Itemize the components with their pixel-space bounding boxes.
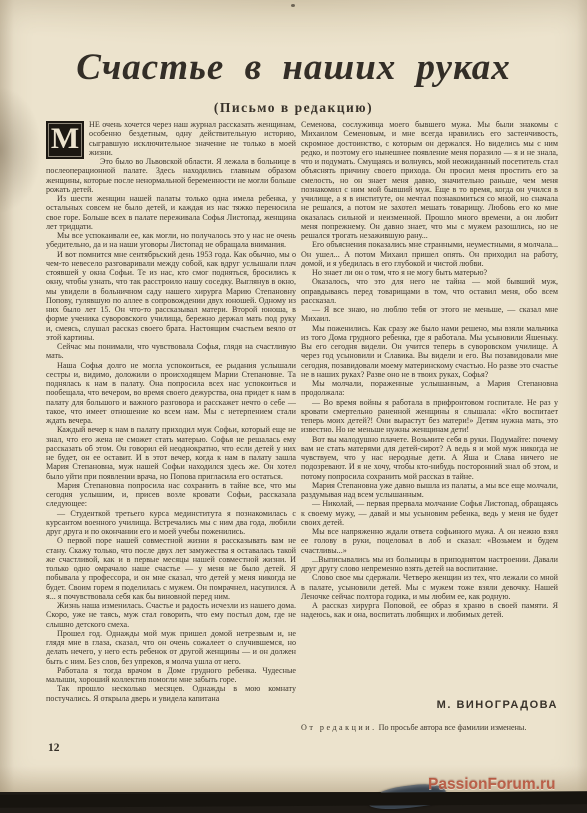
- magazine-page: Счастье в наших руках (Письмо в редакцию…: [0, 0, 587, 792]
- paragraph: Его объяснения показались мне странными,…: [301, 240, 558, 268]
- paragraph: А рассказ хирурга Поповой, ее образ я хр…: [301, 601, 558, 620]
- editorial-note-label: От редакции.: [301, 723, 377, 732]
- page-number: 12: [48, 742, 60, 754]
- paragraph: Прошел год. Однажды мой муж пришел домой…: [46, 629, 296, 666]
- paragraph: О первой поре нашей совместной жизни я р…: [46, 536, 296, 601]
- author-signature: М. ВИНОГРАДОВА: [301, 699, 558, 711]
- watermark-text: PassionForum.ru: [428, 776, 555, 794]
- paragraph: Сейчас мы понимали, что чувствовала Софь…: [46, 342, 296, 361]
- paragraph: — Студенткой третьего курса мединститута…: [46, 509, 296, 537]
- paragraph: ...Выписывались мы из больницы в приподн…: [301, 555, 558, 574]
- paragraph: Мы молчали, пораженные услышанным, а Мар…: [301, 379, 558, 398]
- article-subtitle: (Письмо в редакцию): [0, 100, 587, 116]
- paragraph: Мария Степановна уже давно вышла из пала…: [301, 481, 558, 500]
- text-column-right: Семенова, сослуживца моего бывшего мужа.…: [301, 120, 558, 620]
- paragraph: Слово свое мы сдержали. Четверо женщин и…: [301, 573, 558, 601]
- paragraph: — Николай, — первая прервала молчание Со…: [301, 499, 558, 527]
- paragraph: Каждый вечер к нам в палату приходил муж…: [46, 425, 296, 481]
- paragraph: Мария Степановна попросила нас сохранить…: [46, 481, 296, 509]
- paragraph: — Я все знаю, но люблю тебя от этого не …: [301, 305, 558, 324]
- paragraph: Вот вы малодушно плачете. Возьмите себя …: [301, 435, 558, 481]
- paper-speck: [291, 4, 295, 7]
- text-column-left: М НЕ очень хочется через наш журнал расс…: [46, 120, 296, 703]
- paragraph: Наша Софья долго не могла успокоиться, е…: [46, 361, 296, 426]
- editorial-note: От редакции. По просьбе автора все фамил…: [301, 723, 558, 733]
- paragraph: — Во время войны я работала в прифронтов…: [301, 398, 558, 435]
- paragraph: Из шести женщин нашей палаты только одна…: [46, 194, 296, 231]
- paragraph: Это было во Львовской области. Я лежала …: [46, 157, 296, 194]
- paragraph: Мы все успокаивали ее, как могли, но пол…: [46, 231, 296, 250]
- paragraph: Мы все напряженно ждали ответа софьиного…: [301, 527, 558, 555]
- paragraph: Жизнь наша изменилась. Счастье и радость…: [46, 601, 296, 629]
- editorial-note-text: По просьбе автора все фамилии изменены.: [377, 723, 527, 732]
- paragraph: Семенова, сослуживца моего бывшего мужа.…: [301, 120, 558, 240]
- drop-cap-letter: М: [46, 121, 84, 159]
- paragraph: Мы поженились. Как сразу же было нами ре…: [301, 324, 558, 380]
- article-title: Счастье в наших руках: [0, 46, 587, 89]
- paragraph: Так прошло несколько месяцев. Однажды в …: [46, 684, 296, 703]
- paragraph: Но знает ли он о том, что я не могу быть…: [301, 268, 558, 277]
- paragraph: И вот помнится мне сентябрьский день 195…: [46, 250, 296, 343]
- paragraph: Оказалось, что это для него не тайна — м…: [301, 277, 558, 305]
- paragraph: Работала я тогда врачом в Доме грудного …: [46, 666, 296, 685]
